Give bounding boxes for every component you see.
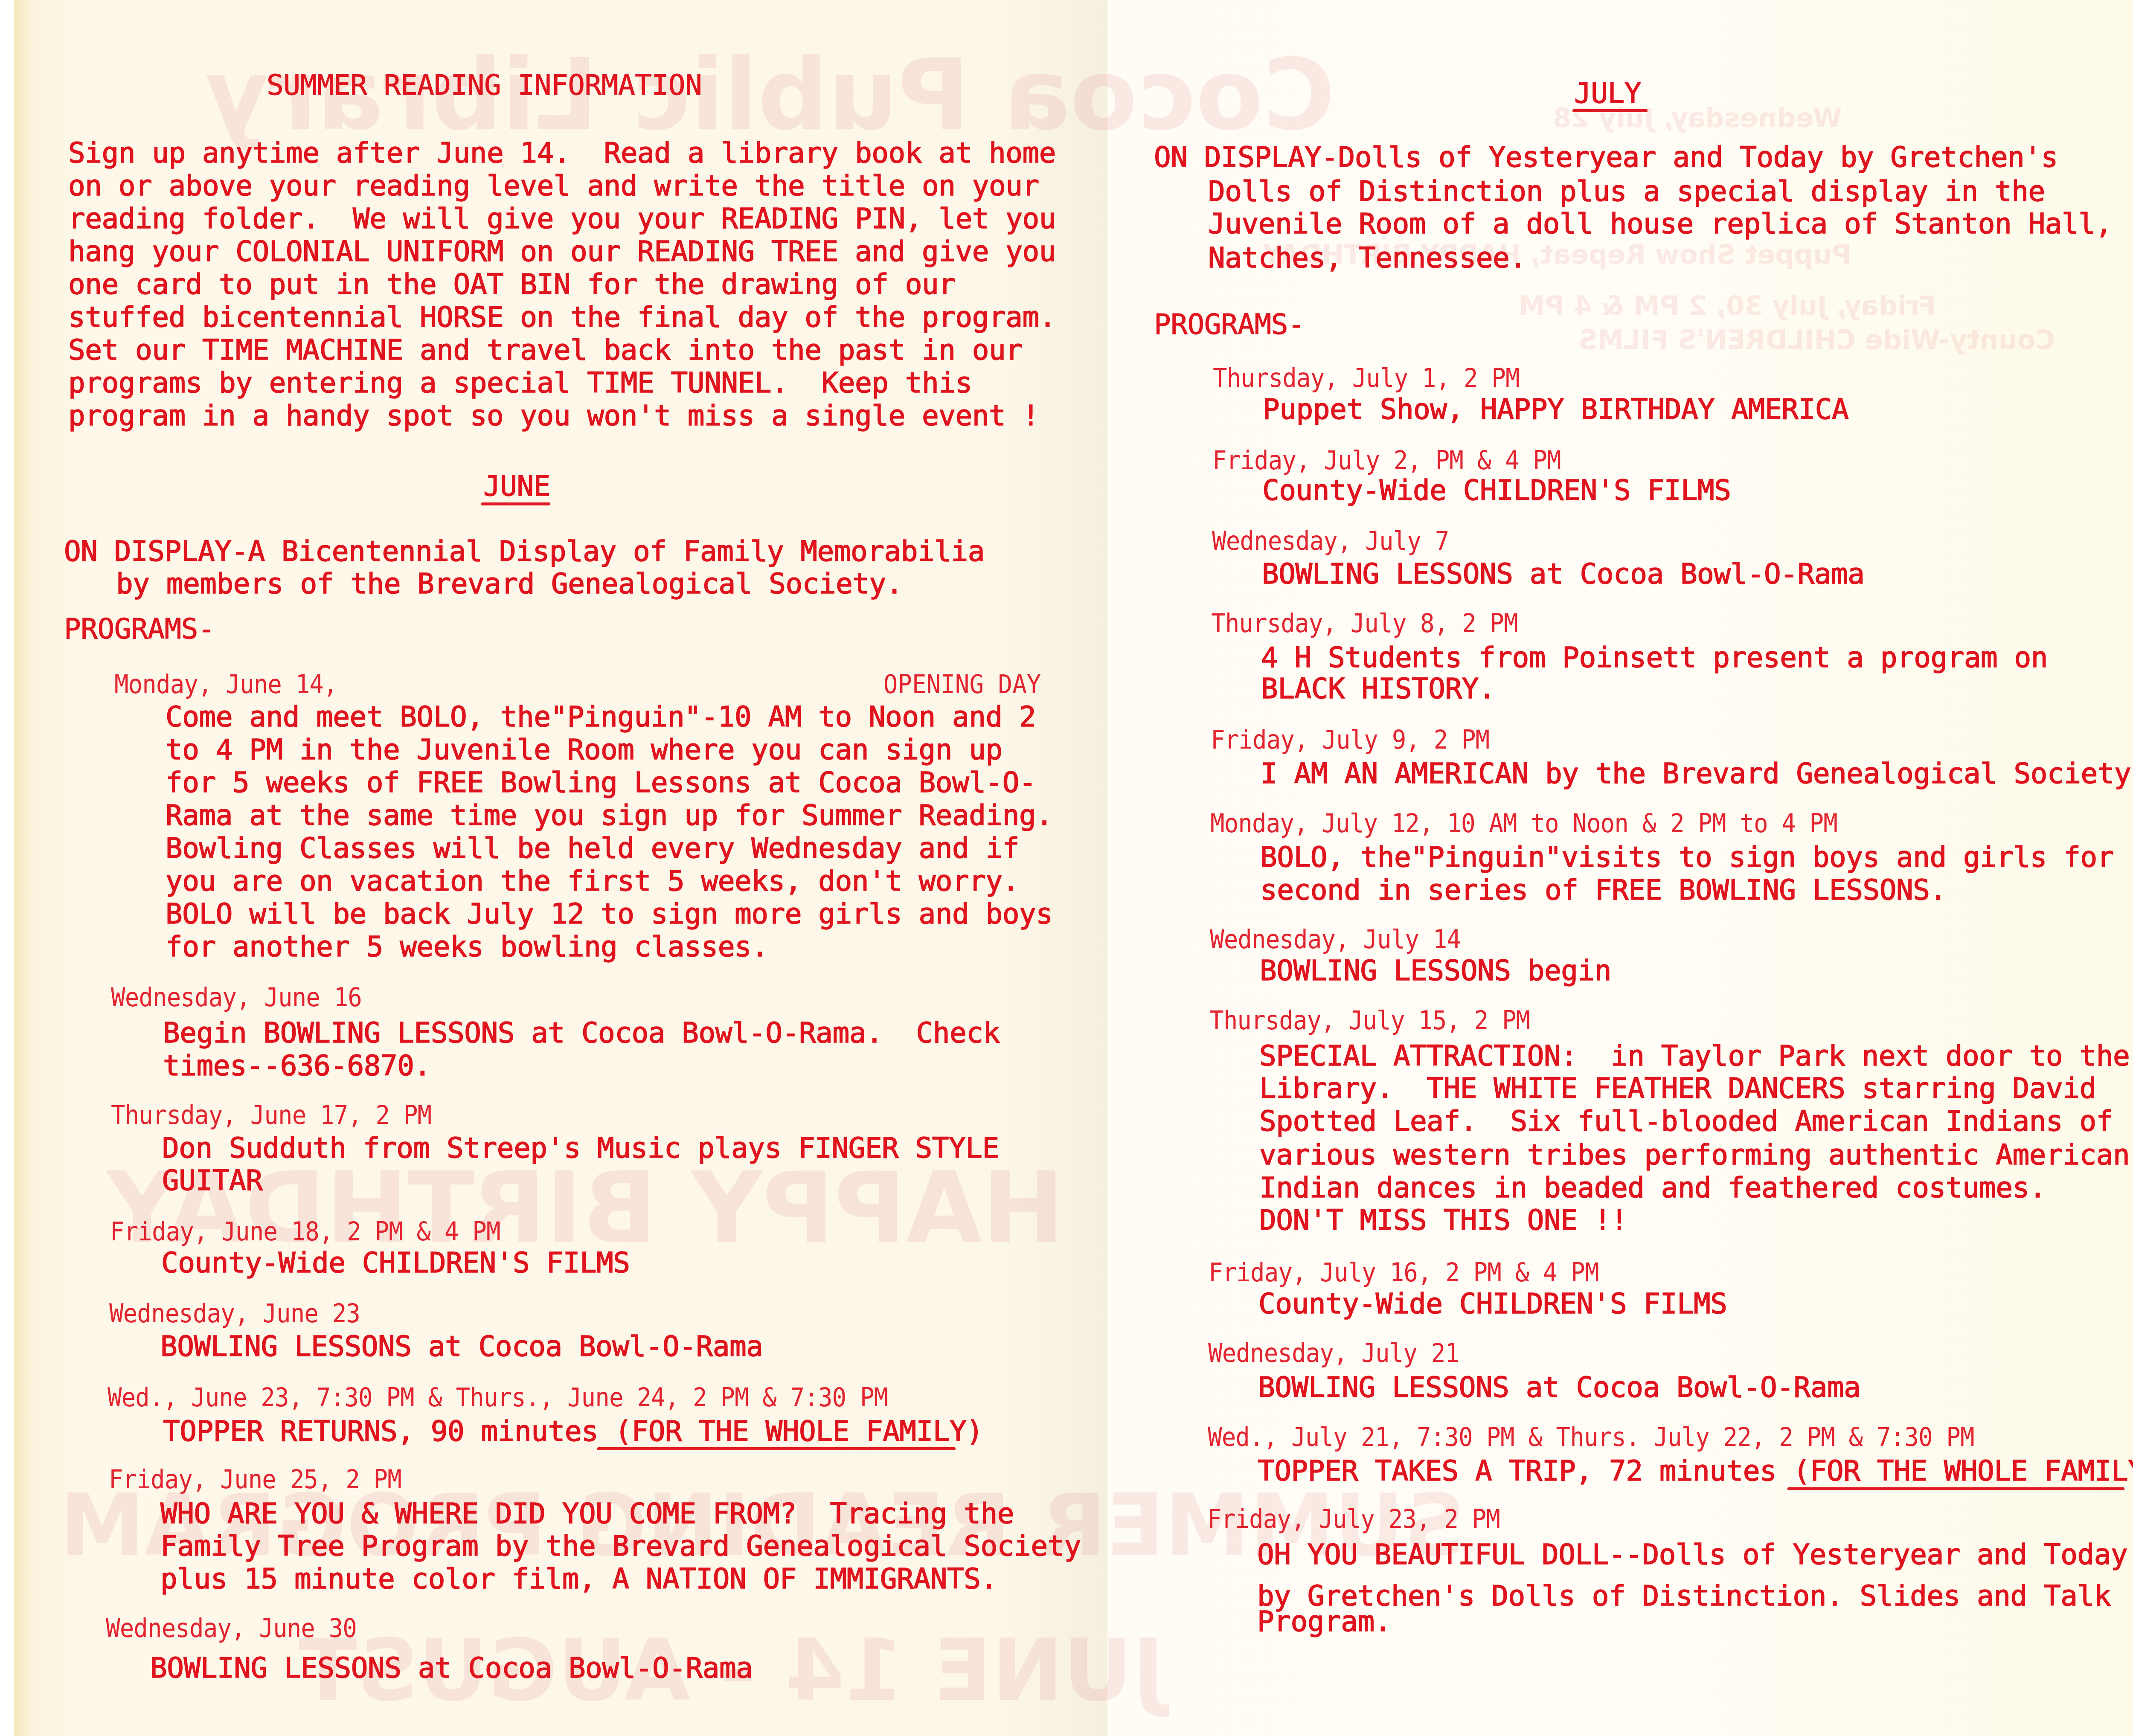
event-description: BOWLING LESSONS at Cocoa Bowl-O-Rama [1262,557,1864,591]
event-date: Wednesday, July 21 [1208,1336,1459,1370]
event-description: Bowling Classes will be held every Wedne… [166,831,1019,865]
event-description: Library. THE WHITE FEATHER DANCERS starr… [1259,1071,2096,1106]
event-date: Thursday, July 15, 2 PM [1209,1004,1530,1038]
july-underline [1572,109,1648,112]
programs-label: PROGRAMS- [64,612,215,646]
event-description: County-Wide CHILDREN'S FILMS [1262,473,1731,508]
event-date: Friday, July 23, 2 PM [1207,1502,1500,1536]
event-description: plus 15 minute color film, A NATION OF I… [160,1562,997,1596]
on-display-line: Juvenile Room of a doll house replica of… [1208,207,2112,241]
on-display-line: Natches, Tennessee. [1208,241,1526,275]
event-description: GUITAR [162,1164,262,1198]
event-description: for 5 weeks of FREE Bowling Lessons at C… [166,766,1036,800]
event-description: second in series of FREE BOWLING LESSONS… [1260,873,1947,907]
programs-label: PROGRAMS- [1154,308,1305,342]
event-description: SPECIAL ATTRACTION: in Taylor Park next … [1259,1039,2130,1073]
event-description: WHO ARE YOU & WHERE DID YOU COME FROM? T… [160,1497,1014,1531]
event-description: BOLO, the"Pinguin"visits to sign boys an… [1260,840,2114,874]
event-description: County-Wide CHILDREN'S FILMS [161,1246,630,1280]
event-description: 4 H Students from Poinsett present a pro… [1261,641,2048,675]
event-description: I AM AN AMERICAN by the Brevard Genealog… [1261,757,2131,791]
intro-line: Set our TIME MACHINE and travel back int… [68,333,1022,367]
event-description: Come and meet BOLO, the"Pinguin"-10 AM t… [166,700,1036,734]
family-underline-july [1787,1487,2124,1490]
intro-line: program in a handy spot so you won't mis… [68,399,1039,433]
event-description: BOWLING LESSONS at Cocoa Bowl-O-Rama [1258,1370,1860,1405]
intro-line: hang your COLONIAL UNIFORM on our READIN… [68,235,1056,269]
event-date: Friday, July 2, PM & 4 PM [1212,444,1561,478]
event-description: Spotted Leaf. Six full-blooded American … [1259,1104,2113,1138]
opening-day-tag: OPENING DAY [883,668,1041,702]
event-description: you are on vacation the first 5 weeks, d… [166,864,1019,898]
event-description: County-Wide CHILDREN'S FILMS [1258,1287,1727,1321]
event-description: Family Tree Program by the Brevard Genea… [160,1529,1081,1563]
on-display-line: Dolls of Distinction plus a special disp… [1208,174,2045,209]
event-date: Wednesday, June 23 [109,1297,360,1331]
event-description: Don Sudduth from Streep's Music plays FI… [162,1131,999,1165]
event-description: for another 5 weeks bowling classes. [166,930,768,964]
event-date: Thursday, June 17, 2 PM [111,1098,431,1132]
on-display-line: by members of the Brevard Genealogical S… [116,567,903,601]
event-description: Begin BOWLING LESSONS at Cocoa Bowl-O-Ra… [163,1016,1000,1050]
event-description: various western tribes performing authen… [1259,1138,2130,1172]
event-description: BOWLING LESSONS at Cocoa Bowl-O-Rama [160,1330,763,1364]
event-description: Puppet Show, HAPPY BIRTHDAY AMERICA [1263,392,1848,427]
event-description: BOWLING LESSONS begin [1260,954,1611,988]
family-underline-june [597,1447,956,1450]
event-description: times--636-6870. [163,1049,431,1083]
event-description: Rama at the same time you sign up for Su… [166,798,1052,833]
event-date: Friday, June 18, 2 PM & 4 PM [110,1215,500,1249]
event-date: Wednesday, July 7 [1212,524,1449,558]
intro-line: Sign up anytime after June 14. Read a li… [68,136,1056,170]
event-description: TOPPER TAKES A TRIP, 72 minutes (FOR THE… [1258,1454,2133,1488]
event-date: Wed., June 23, 7:30 PM & Thurs., June 24… [108,1381,888,1415]
event-description: TOPPER RETURNS, 90 minutes (FOR THE WHOL… [163,1414,983,1449]
audience-note: (FOR THE WHOLE FAMILY) [1793,1454,2133,1487]
event-date: Thursday, July 8, 2 PM [1211,607,1518,641]
audience-note: (FOR THE WHOLE FAMILY) [615,1415,983,1448]
section-title: SUMMER READING INFORMATION [267,68,702,102]
event-date: Wednesday, July 14 [1210,923,1461,957]
event-description: Program. [1257,1605,1391,1639]
on-display-line: ON DISPLAY-A Bicentennial Display of Fam… [64,534,985,569]
event-date: Friday, July 16, 2 PM & 4 PM [1209,1256,1599,1290]
june-underline [481,502,550,505]
event-date: Monday, July 12, 10 AM to Noon & 2 PM to… [1210,807,1837,841]
event-description: OH YOU BEAUTIFUL DOLL--Dolls of Yesterye… [1257,1538,2127,1572]
event-date: Thursday, July 1, 2 PM [1213,361,1520,395]
on-display-line: ON DISPLAY-Dolls of Yesteryear and Today… [1154,140,2058,174]
event-description: BLACK HISTORY. [1261,672,1495,706]
event-description: BOWLING LESSONS at Cocoa Bowl-O-Rama [150,1651,753,1685]
intro-line: programs by entering a special TIME TUNN… [68,366,972,400]
event-date: Friday, June 25, 2 PM [109,1463,401,1497]
event-description: BOLO will be back July 12 to sign more g… [166,897,1052,931]
event-date: Monday, June 14, [114,668,337,702]
event-description: Indian dances in beaded and feathered co… [1259,1171,2046,1205]
event-date: Friday, July 9, 2 PM [1211,723,1489,757]
event-date: Wednesday, June 30 [106,1611,357,1646]
event-description: to 4 PM in the Juvenile Room where you c… [166,733,1003,767]
event-date: Wednesday, June 16 [111,981,362,1015]
event-date: Wed., July 21, 7:30 PM & Thurs. July 22,… [1208,1420,1974,1454]
intro-line: one card to put in the OAT BIN for the d… [68,267,955,302]
intro-line: on or above your reading level and write… [68,169,1039,203]
event-description: DON'T MISS THIS ONE !! [1259,1203,1627,1237]
month-heading-june: JUNE [483,469,550,503]
intro-line: stuffed bicentennial HORSE on the final … [68,300,1056,334]
intro-line: reading folder. We will give you your RE… [68,202,1056,236]
month-heading-july: JULY [1574,76,1641,110]
